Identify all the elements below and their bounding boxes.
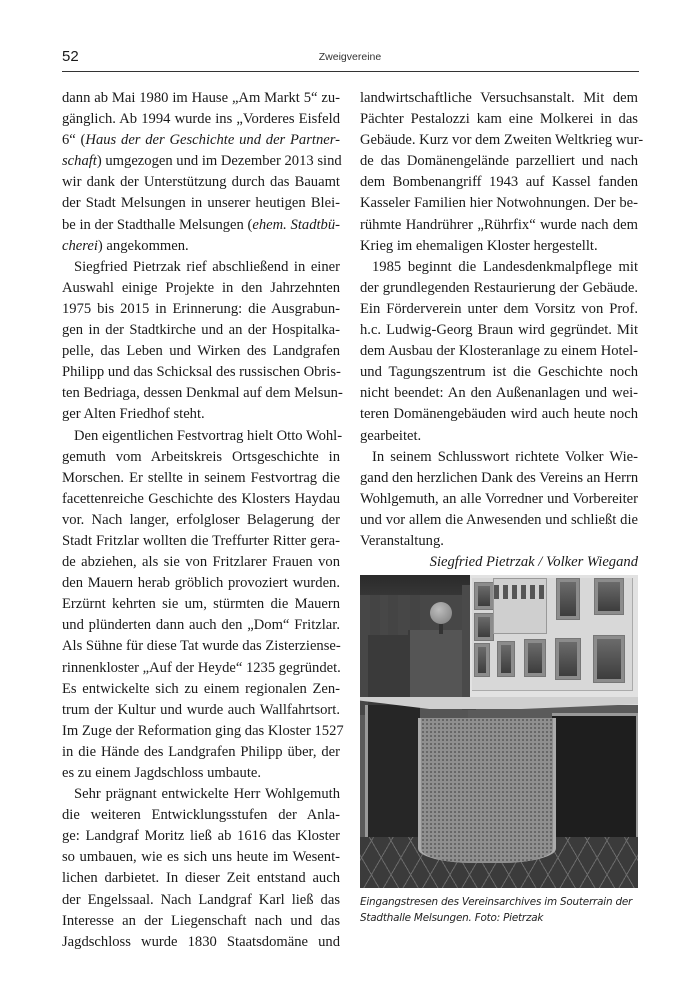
photo-framed-picture [497,641,515,677]
text-line: rinnenkloster „Auf der Heyde“ 1235 gegrü… [62,658,340,679]
text-line: gearbeitet. [360,426,638,447]
text-line: dann ab Mai 1980 im Hause „Am Markt 5“ z… [62,88,340,109]
photo-framed-picture [474,643,490,677]
text-line: in die Hände des Landgrafen Philipp über… [62,742,340,763]
text-line: Auswahl einige Projekte in den Jahrzehnt… [62,278,340,299]
photo-framed-picture [593,635,625,683]
text-line: die weiteren Entwicklungsstufen der Anla… [62,805,340,826]
figure-caption: Eingangstresen des Vereinsarchives im So… [360,894,645,926]
text-line: Im Zuge der Reformation ging das Kloster… [62,721,340,742]
text-line: In seinem Schlusswort richtete Volker Wi… [360,447,638,468]
figure-photo [360,575,638,888]
text-line: Pächter Pestalozzi kam eine Molkerei in … [360,109,638,130]
text-line: 1975 bis 2015 in Erinnerung: die Ausgrab… [62,299,340,320]
photo-globe-stand [439,624,443,634]
text-line: so umbauen, wie es sich uns heute im Wes… [62,847,340,868]
text-line: schaft) umgezogen und im Dezember 2013 s… [62,151,340,172]
photo-framed-picture [474,613,494,641]
right-column: landwirtschaftliche Versuchsanstalt. Mit… [360,88,638,573]
photo-shelf-post [410,595,420,635]
text-line: Jagdschloss wurde 1830 Staatsdomäne und [62,932,340,953]
text-line: der Engelssaal. Nach Landgraf Karl ließ … [62,890,340,911]
running-head: Zweigvereine [0,51,700,63]
text-line: facettenreiche Geschichte des Klosters H… [62,489,340,510]
text-line: pelle, das Leben und Wirken des Landgraf… [62,341,340,362]
text-line: Ein Förderverein unter dem Vorsitz von P… [360,299,638,320]
text-line: dem Ausbau der Klosteranlage zu einem Ho… [360,341,638,362]
photo-counter-perforated-panel [418,718,556,863]
caption-line: Stadthalle Melsungen. Foto: Pietrzak [360,910,645,926]
text-line: und plünderten dann auch den „Dom“ Fritz… [62,615,340,636]
text-line: Kasseler Familien hier Notwohnungen. Der… [360,193,638,214]
text-line: de abziehen, als sie von Fritzlarer Frau… [62,552,340,573]
text-line: Morschen. Er stellte in seinem Festvortr… [62,468,340,489]
text-line: nicht beendet: An den Außenanlagen und w… [360,383,638,404]
text-line: Krieg im ehemaligen Kloster hergestellt. [360,236,638,257]
text-line: 1985 beginnt die Landesdenkmalpflege mit [360,257,638,278]
text-line: landwirtschaftliche Versuchsanstalt. Mit… [360,88,638,109]
article-signature: Siegfried Pietrzak / Volker Wiegand [360,552,638,573]
text-line: Es entwickelte sich zu einem regionalen … [62,679,340,700]
left-column: dann ab Mai 1980 im Hause „Am Markt 5“ z… [62,88,340,953]
text-line: wir dank der Unterstützung durch das Bau… [62,172,340,193]
text-line: Interesse an der Liegenschaft nach und d… [62,911,340,932]
text-line: ger Alten Friedhof steht. [62,404,340,425]
text-line: Philipp und das Schicksal des russischen… [62,362,340,383]
text-line: rühmte Handrührer „Rührfix“ wurde nach d… [360,215,638,236]
text-line: Veranstaltung. [360,531,638,552]
text-line: der Stadt Melsungen in unserer heutigen … [62,193,340,214]
text-line: h.c. Ludwig-Georg Braun wird gegründet. … [360,320,638,341]
text-line: de das Domänengelände parzelliert und na… [360,151,638,172]
text-line: Den eigentlichen Festvortrag hielt Otto … [62,426,340,447]
photo-portrait-collage [493,578,547,634]
text-line: 6“ (Haus der der Geschichte und der Part… [62,130,340,151]
text-line: Als Sühne für diese Tat wurde das Zister… [62,636,340,657]
photo-shelf-post [388,595,398,635]
photo-framed-picture [555,638,581,680]
text-line: ge: Landgraf Moritz ließ ab 1616 das Klo… [62,826,340,847]
text-line: Wohlgemuth, an alle Vorredner und Vorber… [360,489,638,510]
photo-framed-picture [594,578,624,615]
text-line: Gebäude. Kurz vor dem Zweiten Weltkrieg … [360,130,638,151]
text-line: es zu einem Jagdschloss umbaute. [62,763,340,784]
text-line: ten Bedriaga, dessen Denkmal auf dem Mel… [62,383,340,404]
text-line: be in der Stadthalle Melsungen (ehem. St… [62,215,340,236]
text-line: Stadt Fritzlar wollten die Treffurter Ri… [62,531,340,552]
text-line: gand den herzlichen Dank des Vereins an … [360,468,638,489]
text-line: gemuth vom Arbeitskreis Ortsgeschichte i… [62,447,340,468]
text-line: gen in der Stadtkirche und an der Hospit… [62,320,340,341]
caption-line: Eingangstresen des Vereinsarchives im So… [360,894,645,910]
text-line: teren Domänengebäuden wird auch heute no… [360,404,638,425]
text-line: trum der Kultur und wurde auch Wallfahrt… [62,700,340,721]
text-line: dem Bombenangriff 1943 auf Kassel fanden [360,172,638,193]
photo-framed-picture [474,582,494,610]
photo-counter-right-panel [552,713,638,854]
text-line: lichen darbietet. In dieser Zeit entstan… [62,868,340,889]
text-line: Sehr prägnant entwickelte Herr Wohlgemut… [62,784,340,805]
text-line: und vor allem die Anwesenden und schließ… [360,510,638,531]
text-line: den Mauern herab gröblich provoziert wur… [62,573,340,594]
text-line: der grundlegenden Restaurierung der Gebä… [360,278,638,299]
photo-shelf-post [370,595,380,635]
text-line: Siegfried Pietrzak rief abschließend in … [62,257,340,278]
text-line: gänglich. Ab 1994 wurde ins „Vorderes Ei… [62,109,340,130]
text-line: Erzürnt kehrten sie um, stürmten die Mau… [62,594,340,615]
text-line: und Tagungszentrum ist die Geschichte no… [360,362,638,383]
text-line: cherei) angekommen. [62,236,340,257]
photo-framed-picture [556,578,580,620]
header-rule [62,71,639,72]
text-line: vor. Nach langer, erfolgloser Belagerung… [62,510,340,531]
photo-framed-picture [524,639,546,677]
photo-counter-left-panel [365,705,420,845]
globe-icon [430,602,452,624]
